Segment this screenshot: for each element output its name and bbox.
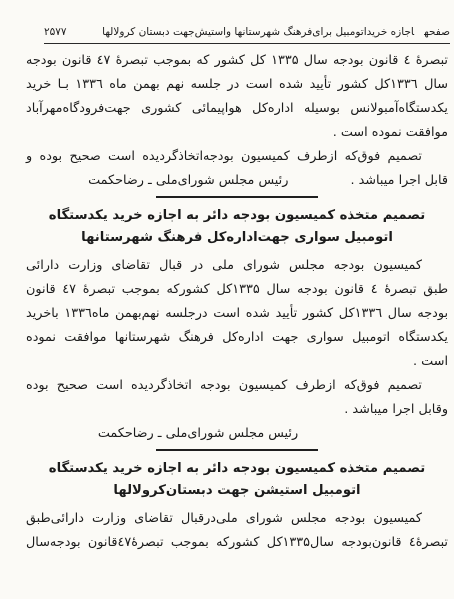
paragraph-line: است .: [26, 350, 448, 374]
paragraph-line: موافقت نموده است .: [26, 121, 448, 145]
paragraph-line: تبصرۀ ٤ قانون بودجه سال ۱۳۳۵ کل کشور که …: [26, 49, 448, 73]
speaker-signature: رئیس مجلس شورای‌ملی ـ رضاحکمت: [26, 422, 448, 446]
section-heading-line1: تصمیم متخذه کمیسیون بودجه دائر به اجازه …: [26, 205, 448, 227]
paragraph-line: تصمیم فوق‌که ازطرف کمیسیون بودجه اتخاذگر…: [26, 374, 448, 398]
paragraph-line: یکدستگاه‌آمبولانس بوسیله اداره‌کل هواپیم…: [26, 97, 448, 121]
section-1: تبصرۀ ٤ قانون بودجه سال ۱۳۳۵ کل کشور که …: [26, 49, 448, 193]
running-header: صفحهاجازه خریداتومبیل برای‌فرهنگ شهرستان…: [44, 24, 450, 44]
page-word: صفحه: [424, 26, 450, 38]
paragraph-line: بودجه سال ۱۳۳٦کل کشور تأیید شده است درجل…: [26, 302, 448, 326]
section-heading: تصمیم متخذه کمیسیون بودجه دائر به اجازه …: [26, 205, 448, 249]
section-3: تصمیم متخذه کمیسیون بودجه دائر به اجازه …: [26, 458, 448, 555]
document-page: صفحهاجازه خریداتومبیل برای‌فرهنگ شهرستان…: [0, 0, 454, 599]
section-2: تصمیم متخذه کمیسیون بودجه دائر به اجازه …: [26, 205, 448, 446]
paragraph-line: تصمیم فوق‌که ازطرف کمیسیون بودجه‌اتخاذگر…: [26, 145, 448, 169]
page-number: ۲۵۷۷: [44, 24, 67, 40]
paragraph-line: یکدستگاه اتومبیل سواری جهت اداره‌کل فرهن…: [26, 326, 448, 350]
running-header-title: صفحهاجازه خریداتومبیل برای‌فرهنگ شهرستان…: [102, 24, 450, 40]
paragraph-line: طبق تبصرۀ ٤ قانون بودجه سال ۱۳۳۵کل کشورک…: [26, 278, 448, 302]
paragraph-line: تبصرۀ٤ قانون‌بودجه سال۱۳۳۵کل کشورکه بموج…: [26, 531, 448, 555]
section-heading-line1: تصمیم متخذه کمیسیون بودجه دائر به اجازه …: [26, 458, 448, 480]
paragraph-line: کمیسیون بودجه مجلس شورای ملی در قبال تقا…: [26, 254, 448, 278]
executable-statement: قابل اجرا میباشد .: [350, 169, 448, 193]
signature-row: قابل اجرا میباشد . رئیس مجلس شورای‌ملی ـ…: [26, 169, 448, 193]
section-divider: [156, 196, 318, 198]
paragraph-line: وقابل اجرا میباشد .: [26, 398, 448, 422]
section-heading: تصمیم متخذه کمیسیون بودجه دائر به اجازه …: [26, 458, 448, 502]
header-title-text: اجازه خریداتومبیل برای‌فرهنگ شهرستانها و…: [102, 26, 414, 38]
paragraph-line: کمیسیون بودجه مجلس شورای ملی‌درقبال تقاض…: [26, 507, 448, 531]
speaker-signature: رئیس مجلس شورای‌ملی ـ رضاحکمت: [88, 169, 288, 193]
paragraph-line: سال ۱۳۳٦کل کشور تأیید شده است در جلسه نه…: [26, 73, 448, 97]
section-heading-line2: اتومبیل استیشن جهت دبستان‌کرولالها: [26, 480, 448, 502]
section-divider: [156, 449, 318, 451]
section-heading-line2: اتومبیل سواری جهت‌اداره‌کل فرهنگ شهرستان…: [26, 227, 448, 249]
